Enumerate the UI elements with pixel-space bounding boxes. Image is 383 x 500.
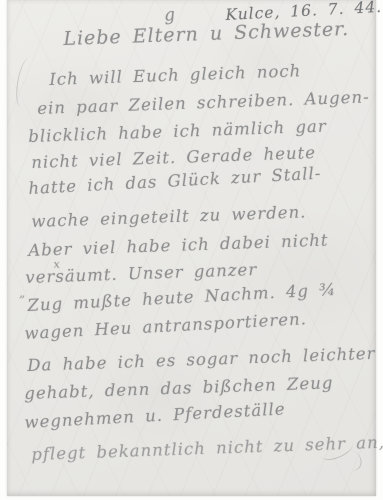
page-mark: g: [163, 5, 177, 26]
letter-paper: Kulce, 16. 7. 44. g Liebe Eltern u Schwe…: [7, 0, 376, 496]
handwriting-line: gehabt, denn das bißchen Zeug: [24, 373, 334, 403]
handwriting-line: wagen Heu antransportieren.: [24, 309, 307, 343]
margin-ditto-mark: „: [19, 286, 26, 300]
handwriting-line: wache eingeteilt zu werden.: [31, 202, 307, 231]
handwriting-line: ein paar Zeilen schreiben. Augen-: [37, 87, 370, 118]
salutation-line: Liebe Eltern u Schwester.: [63, 18, 350, 50]
stray-pencil-stroke: [14, 57, 36, 109]
letter-scan: Kulce, 16. 7. 44. g Liebe Eltern u Schwe…: [0, 0, 383, 500]
handwriting-line: Aber viel habe ich dabei nicht: [28, 231, 329, 260]
handwriting-line: pflegt bekanntlich nicht zu sehr an, die: [31, 431, 383, 464]
caret-insertion-mark: x: [53, 257, 61, 270]
handwriting-line: wegnehmen u. Pferdeställe: [24, 399, 286, 432]
handwriting-line: blicklich habe ich nämlich gar: [28, 117, 327, 146]
handwriting-line: Da habe ich es sogar noch leichter: [27, 344, 376, 375]
handwriting-line: Ich will Euch gleich noch: [49, 61, 302, 89]
